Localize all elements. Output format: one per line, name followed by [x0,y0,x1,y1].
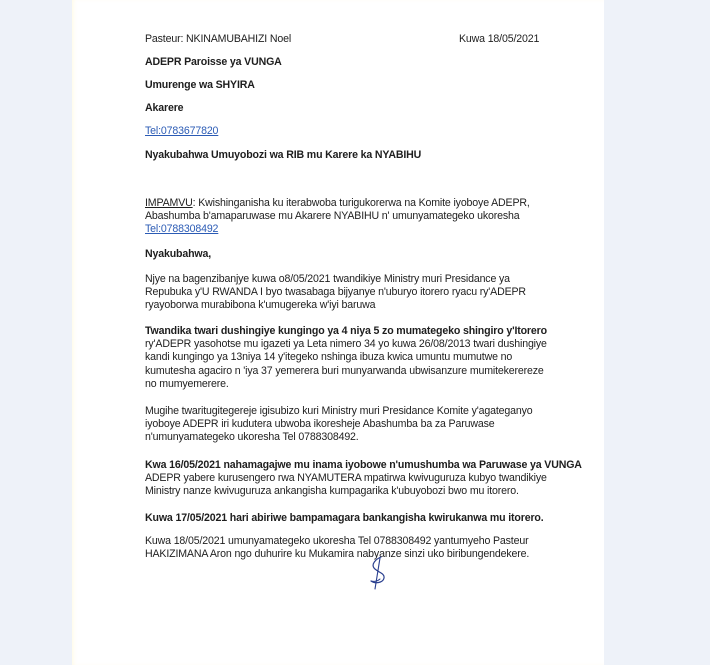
letter-date: Kuwa 18/05/2021 [459,33,539,46]
paragraph-line: ADEPR yabere kurusengero rwa NYAMUTERA m… [145,472,557,485]
paragraph-line: iyoboye ADEPR iri kudutera ubwoba ikores… [145,418,557,431]
subject-label: IMPAMVU [145,197,193,209]
sender-phone-link[interactable]: Tel:0783677820 [145,125,218,138]
paragraph-line: HAKIZIMANA Aron ngo duhurire ku Mukamira… [145,548,557,561]
paragraph-line: ryayoborwa murabibona k'umugereka w'iyi … [145,299,557,312]
paragraph-line: kandi kungingo ya 13niya 14 y'itegeko ns… [145,351,557,364]
paragraph-line: Njye na bagenzibanjye kuwa o8/05/2021 tw… [145,273,557,286]
sender-district: Akarere [145,102,183,115]
document-page: Pasteur: NKINAMUBAHIZI Noel Kuwa 18/05/2… [72,0,604,665]
paragraph-1: Njye na bagenzibanjye kuwa o8/05/2021 tw… [145,273,557,313]
paragraph-4: Kwa 16/05/2021 nahamagajwe mu inama iyob… [145,459,557,499]
paragraph-6: Kuwa 18/05/2021 umunyamategeko ukoresha … [145,535,557,561]
subject-line-1: : Kwishinganisha ku iterabwoba turigukor… [193,197,530,209]
paragraph-line: n'umunyamategeko ukoresha Tel 0788308492… [145,431,557,444]
paragraph-line: Repubuka y'U RWANDA I byo twasabaga bijy… [145,286,557,299]
paragraph-line: Kuwa 17/05/2021 hari abiriwe bampamagara… [145,512,557,525]
paragraph-line: Kuwa 18/05/2021 umunyamategeko ukoresha … [145,535,557,548]
subject-line-2: Abashumba b'amaparuwase mu Akarere NYABI… [145,210,557,223]
paragraph-line: no mumyemerere. [145,378,557,391]
subject-phone-link[interactable]: Tel:0788308492 [145,223,557,236]
signature-icon [365,555,393,591]
subject-block: IMPAMVU: Kwishinganisha ku iterabwoba tu… [145,197,557,237]
paragraph-line: Twandika twari dushingiye kungingo ya 4 … [145,325,557,338]
sender-parish: ADEPR Paroisse ya VUNGA [145,56,282,69]
sender-name: Pasteur: NKINAMUBAHIZI Noel [145,33,291,46]
sender-sector: Umurenge wa SHYIRA [145,79,255,92]
paragraph-3: Mugihe twaritugitegereje igisubizo kuri … [145,405,557,445]
paragraph-5: Kuwa 17/05/2021 hari abiriwe bampamagara… [145,512,557,525]
paragraph-line: kumutesha agaciro n 'iya 37 yemerera bur… [145,365,557,378]
paragraph-2: Twandika twari dushingiye kungingo ya 4 … [145,325,557,391]
recipient-line: Nyakubahwa Umuyobozi wa RIB mu Karere ka… [145,149,421,162]
salutation: Nyakubahwa, [145,248,211,261]
paragraph-line: Kwa 16/05/2021 nahamagajwe mu inama iyob… [145,459,557,472]
paragraph-line: ry'ADEPR yasohotse mu igazeti ya Leta ni… [145,338,557,351]
paragraph-line: Mugihe twaritugitegereje igisubizo kuri … [145,405,557,418]
paragraph-line: Ministry nanze kwivuguruza ankangisha ku… [145,485,557,498]
